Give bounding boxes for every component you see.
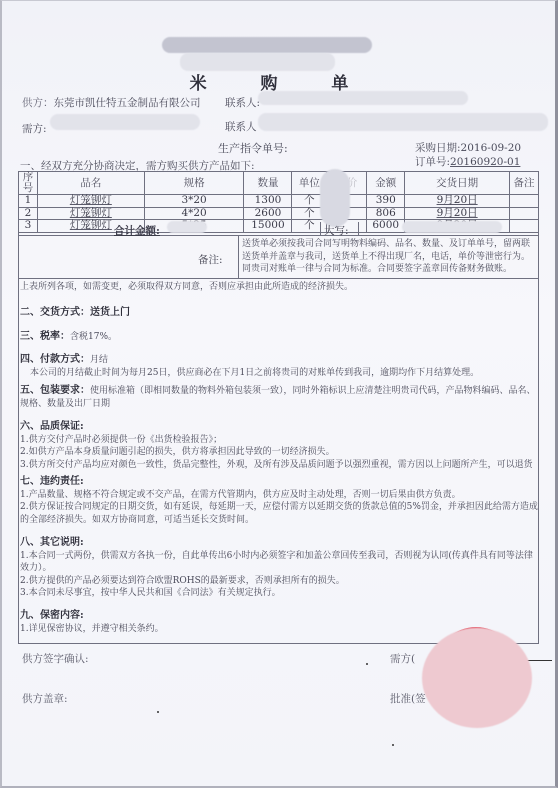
notes-label: 备注: [198,252,223,267]
notes-text: 送货单必须按我司合同写明物料编码、品名、数量、及订单单号，留两联送货单并盖章与我… [238,236,539,279]
row-name: 灯笼铆灯 [37,207,144,220]
approve-label: 批准(签 [390,691,426,706]
row-name: 灯笼铆灯 [37,195,144,208]
supplier-name: 东莞市凯仕特五金制品有限公司 [54,97,201,109]
row-delivery: 9月20日 [405,207,510,220]
divider [320,222,321,236]
col-header-name: 品名 [37,172,144,195]
buyer-sign-label: 需方( [390,651,415,666]
order-number-value: 20160920-01 [450,156,520,168]
clause-other-heading: 八、其它说明: [20,537,538,550]
production-order-label: 生产指令单号: [218,140,288,156]
scan-speck [157,711,159,713]
redacted-supplier-contact [258,91,468,105]
clause-quality-heading: 六、品质保证: [20,421,538,434]
row-qty: 2600 [244,207,292,220]
supplier-stamp-label: 供方盖章: [22,691,68,706]
order-number: 订单号:20160920-01 [415,154,520,169]
scan-speck [366,663,368,665]
clause-liability-item: 1.产品数量、规格不符合规定或不交产品，在需方代管期内，供方应及时主动处理，否则… [20,489,538,502]
clause-payment-heading: 四、付款方式： [20,354,90,365]
redacted-stamp [422,628,532,728]
notes-row: 备注: 送货单必须按我司合同写明物料编码、品名、数量、及订单单号，留两联送货单并… [18,236,539,279]
col-header-remark: 备注 [509,172,538,195]
clause-quality-item: 2.如供方产品本身质量问题引起的损失，供方将承担因此导致的一切经济损失。 [20,446,538,459]
purchase-date-label: 采购日期: [415,142,461,154]
row-spec: 4*20 [144,207,244,220]
row-remark [509,195,538,208]
clause-tax-text: 含税17%。 [70,332,117,342]
redacted-total-amount [167,221,207,233]
col-header-no: 序号 [19,172,38,195]
clause-other-item: 2.供方提供的产品必须要达到符合欧盟ROHS的最新要求，否则承担所有的损失。 [20,575,538,588]
clause-liability-heading: 七、违约责任: [20,476,538,489]
supplier-contact-label: 联系人: [225,95,260,110]
supplier-label: 供方： [22,97,54,109]
purchase-date: 采购日期:2016-09-20 [415,140,521,155]
col-header-spec: 规格 [144,172,244,195]
clause-liability: 七、违约责任: 1.产品数量、规格不符合规定或不交产品，在需方代管期内，供方应及… [20,476,538,526]
clause-tax-heading: 三、税率： [20,331,70,342]
clause-packaging-heading: 五、包装要求： [20,385,90,396]
clause-liability-item: 2.供方保证按合同规定的日期交货，如有延误，每延期一天，应偿付需方以延期交货的货… [20,501,538,526]
row-amount: 390 [367,195,405,208]
table-row: 2 灯笼铆灯 4*20 2600 个 806 9月20日 [19,207,539,220]
row-remark [509,207,538,220]
clause-quality: 六、品质保证: 1.供方交付产品时必须提供一份《出货检验报告》； 2.如供方产品… [20,421,538,471]
row-delivery: 9月20日 [405,195,510,208]
col-header-amount: 金额 [367,172,405,195]
purchase-order-page: 米 购 单 供方：东莞市凯仕特五金制品有限公司 联系人: 需方: 联系人 生产指… [0,0,558,788]
clause-confidential-heading: 九、保密内容: [20,610,538,623]
row-spec: 3*20 [144,195,244,208]
buyer-label: 需方: [22,121,47,136]
row-no: 1 [19,195,38,208]
clause-payment: 四、付款方式：月结 本公司的月结截止时间为每月25日，供应商必在下月1日之前将贵… [20,354,538,379]
purchase-date-value: 2016-09-20 [461,142,522,154]
divider [358,222,359,236]
redacted-total-capital [402,221,502,233]
col-header-qty: 数量 [244,172,292,195]
clause-payment-detail: 本公司的月结截止时间为每月25日，供应商必在下月1日之前将贵司的对账单传到我司，… [20,367,538,380]
order-number-label: 订单号: [415,156,450,168]
clause-quality-item: 3.供方所交付产品均应对颜色一致性，货品完整性，外观，及所有涉及品质问题予以强烈… [20,459,538,472]
clause-packaging-text: 使用标准箱（即相同数量的物料外箱包装须一致），同时外箱标识上应清楚注明贵司代码，… [20,386,536,409]
clause-delivery-heading: 二、交货方式：送货上门 [20,307,130,318]
redacted-company-name [162,37,372,53]
clause-other-item: 3.本合同未尽事宜，按中华人民共和国《合同法》有关规定执行。 [20,587,538,600]
supplier-line: 供方：东莞市凯仕特五金制品有限公司 [22,95,201,110]
buyer-contact-label: 联系人 [225,119,257,134]
col-header-delivery: 交货日期 [405,172,510,195]
scan-speck [392,744,394,746]
clause-other: 八、其它说明: 1.本合同一式两份，供需双方各执一份，自此单传出6小时内必须签字… [20,537,538,600]
row-qty: 1300 [244,195,292,208]
table-row: 1 灯笼铆灯 3*20 1300 个 390 9月20日 [19,195,539,208]
clause-other-item: 1.本合同一式两份，供需双方各执一份，自此单传出6小时内必须签字和加盖公章回传至… [20,550,538,575]
clause-delivery: 二、交货方式：送货上门 [20,307,538,320]
clause-tax: 三、税率：含税17%。 [20,331,538,344]
redacted-buyer-name [50,114,200,130]
redacted-buyer-contact [258,113,548,131]
table-header-row: 序号 品名 规格 数量 单位 单价 金额 交货日期 备注 [19,172,539,195]
redacted-unit-price [320,169,350,227]
row-no: 2 [19,207,38,220]
table-footnote: 上表所列各项，如需变更，必须取得双方同意，否则应承担由此所造成的经济损失。 [20,281,538,294]
clause-packaging: 五、包装要求：使用标准箱（即相同数量的物料外箱包装须一致），同时外箱标识上应清楚… [20,385,538,410]
clause-quality-item: 1.供方交付产品时必须提供一份《出货检验报告》； [20,434,538,447]
supplier-sign-label: 供方签字确认: [22,651,89,666]
clause-payment-text: 月结 [90,355,108,365]
row-amount: 806 [367,207,405,220]
